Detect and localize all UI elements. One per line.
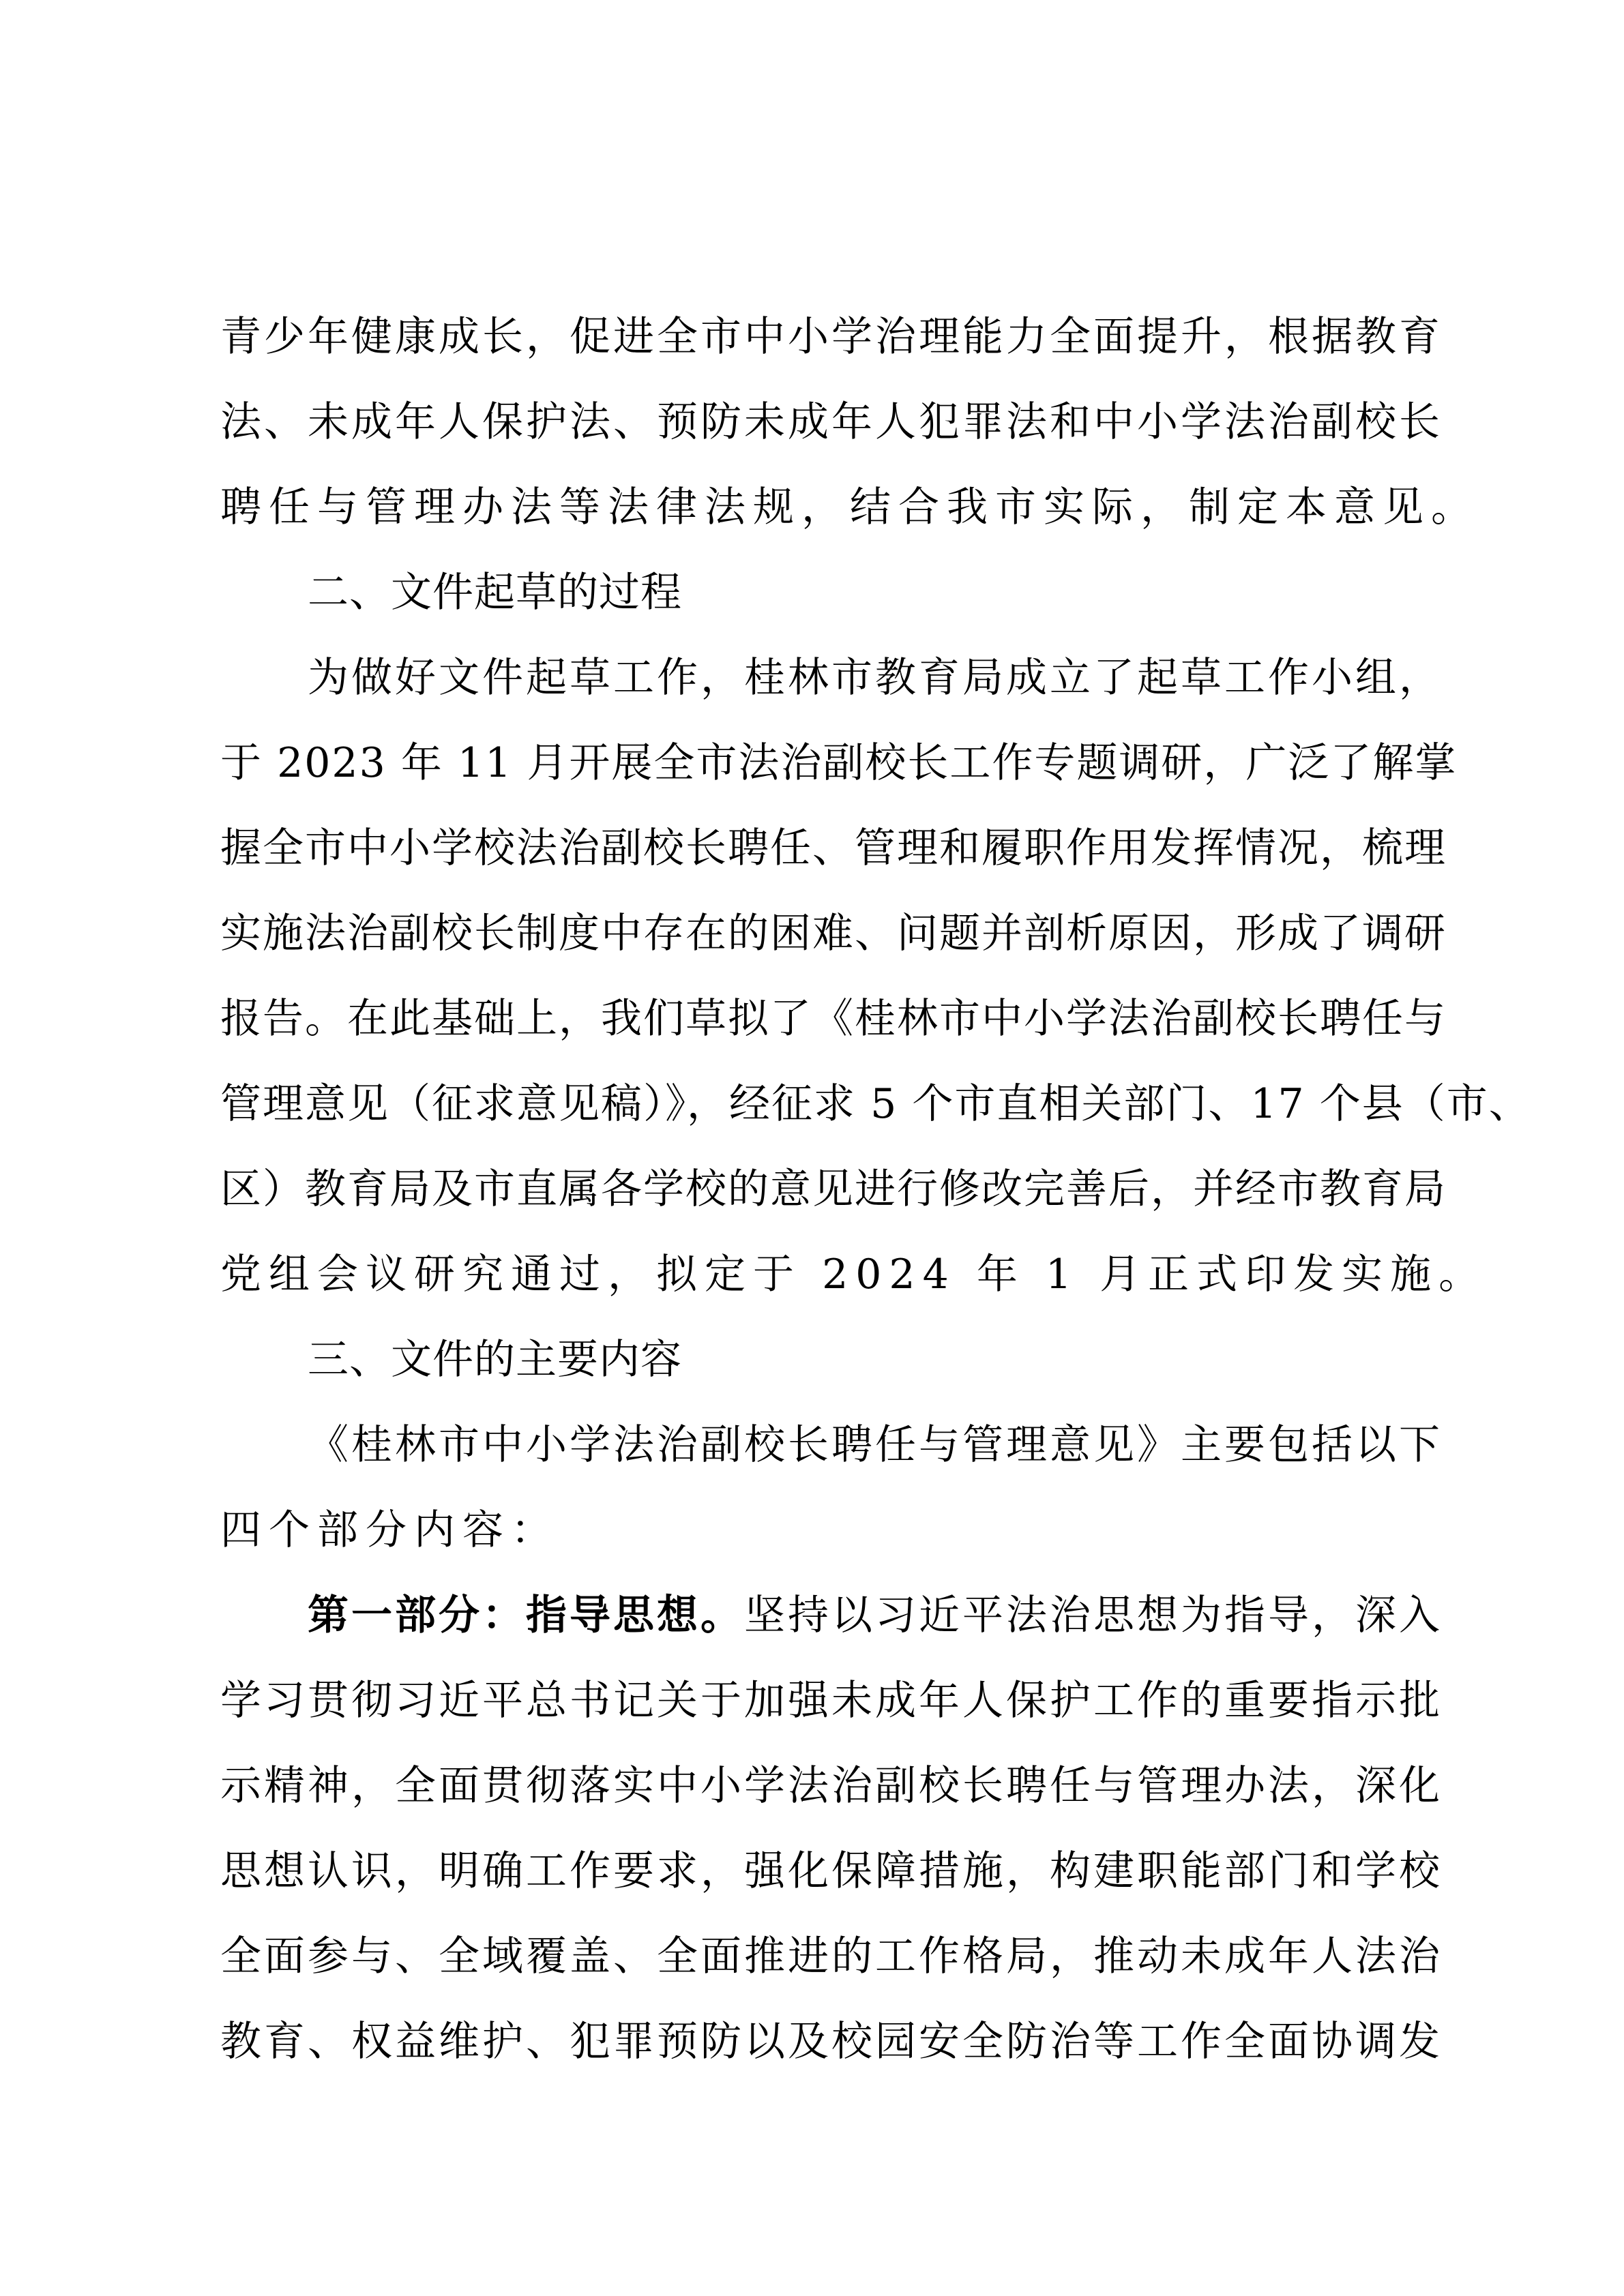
body-line: 为做好文件起草工作，桂林市教育局成立了起草工作小组， (220, 636, 1441, 721)
body-line: 四个部分内容： (220, 1488, 1441, 1573)
body-line: 实施法治副校长制度中存在的困难、问题并剖析原因，形成了调研 (220, 891, 1441, 976)
body-line: 学习贯彻习近平总书记关于加强未成年人保护工作的重要指示批 (220, 1658, 1441, 1744)
body-line: 报告。在此基础上，我们草拟了《桂林市中小学法治副校长聘任与 (220, 976, 1441, 1062)
section-heading-main-content: 三、文件的主要内容 (220, 1317, 1441, 1403)
body-line: 青少年健康成长，促进全市中小学治理能力全面提升，根据教育 (220, 295, 1441, 380)
body-line: 法、未成年人保护法、预防未成年人犯罪法和中小学法治副校长 (220, 380, 1441, 465)
body-line: 握全市中小学校法治副校长聘任、管理和履职作用发挥情况，梳理 (220, 806, 1441, 891)
part-one-label: 第一部分：指导思想。 (308, 1592, 744, 1639)
document-body: 青少年健康成长，促进全市中小学治理能力全面提升，根据教育 法、未成年人保护法、预… (220, 295, 1441, 2085)
part-one-first-line: 第一部分：指导思想。坚持以习近平法治思想为指导，深入 (220, 1573, 1441, 1658)
body-line: 思想认识，明确工作要求，强化保障措施，构建职能部门和学校 (220, 1829, 1441, 1914)
body-line: 区）教育局及市直属各学校的意见进行修改完善后，并经市教育局 (220, 1147, 1441, 1232)
body-line: 教育、权益维护、犯罪预防以及校园安全防治等工作全面协调发 (220, 1999, 1441, 2085)
body-line: 《桂林市中小学法治副校长聘任与管理意见》主要包括以下 (220, 1403, 1441, 1488)
body-line: 全面参与、全域覆盖、全面推进的工作格局，推动未成年人法治 (220, 1914, 1441, 1999)
section-heading-drafting-process: 二、文件起草的过程 (220, 550, 1441, 636)
document-page: 青少年健康成长，促进全市中小学治理能力全面提升，根据教育 法、未成年人保护法、预… (0, 0, 1624, 2296)
body-line: 于 2023 年 11 月开展全市法治副校长工作专题调研，广泛了解掌 (220, 721, 1441, 806)
body-line: 党组会议研究通过，拟定于 2024 年 1 月正式印发实施。 (220, 1232, 1441, 1317)
body-line: 示精神，全面贯彻落实中小学法治副校长聘任与管理办法，深化 (220, 1744, 1441, 1829)
part-one-text: 坚持以习近平法治思想为指导，深入 (744, 1592, 1441, 1639)
body-line: 聘任与管理办法等法律法规，结合我市实际，制定本意见。 (220, 465, 1441, 550)
body-line: 管理意见（征求意见稿）》，经征求 5 个市直相关部门、17 个县（市、 (220, 1062, 1441, 1147)
